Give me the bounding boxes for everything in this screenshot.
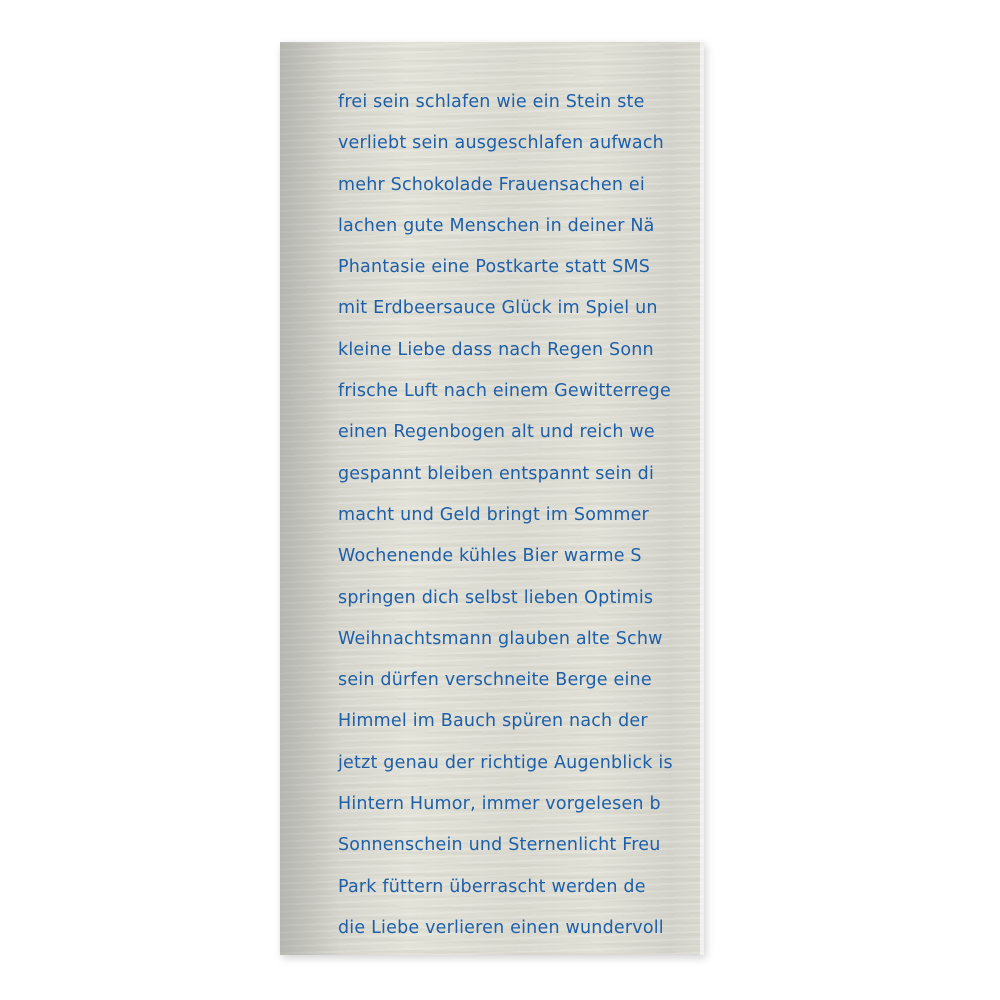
- text-line: gespannt bleiben entspannt sein di: [338, 459, 704, 500]
- text-line: kleine Liebe dass nach Regen Sonn: [338, 335, 704, 376]
- text-line: Phantasie eine Postkarte statt SMS: [338, 252, 704, 293]
- text-line: Park füttern überrascht werden de: [338, 872, 704, 913]
- text-line: sein dürfen verschneite Berge eine: [338, 665, 704, 706]
- text-line: lachen gute Menschen in deiner Nä: [338, 211, 704, 252]
- text-line: frische Luft nach einem Gewitterrege: [338, 376, 704, 417]
- text-line: mehr Schokolade Frauensachen ei: [338, 170, 704, 211]
- text-line: Wochenende kühles Bier warme S: [338, 541, 704, 582]
- text-line: die Liebe verlieren einen wundervoll: [338, 913, 704, 954]
- text-line: jetzt genau der richtige Augenblick is: [338, 748, 704, 789]
- text-line: einen Regenbogen alt und reich we: [338, 417, 704, 458]
- text-line: Hintern Humor, immer vorgelesen b: [338, 789, 704, 830]
- text-lines: frei sein schlafen wie ein Stein ste ver…: [338, 87, 704, 954]
- text-line: springen dich selbst lieben Optimis: [338, 583, 704, 624]
- text-line: macht und Geld bringt im Sommer: [338, 500, 704, 541]
- text-line: Weihnachtsmann glauben alte Schw: [338, 624, 704, 665]
- text-line: mit Erdbeersauce Glück im Spiel un: [338, 293, 704, 334]
- text-line: Sonnenschein und Sternenlicht Freu: [338, 830, 704, 871]
- text-card: frei sein schlafen wie ein Stein ste ver…: [280, 42, 704, 955]
- text-line: Himmel im Bauch spüren nach der: [338, 706, 704, 747]
- text-line: frei sein schlafen wie ein Stein ste: [338, 87, 704, 128]
- text-line: verliebt sein ausgeschlafen aufwach: [338, 128, 704, 169]
